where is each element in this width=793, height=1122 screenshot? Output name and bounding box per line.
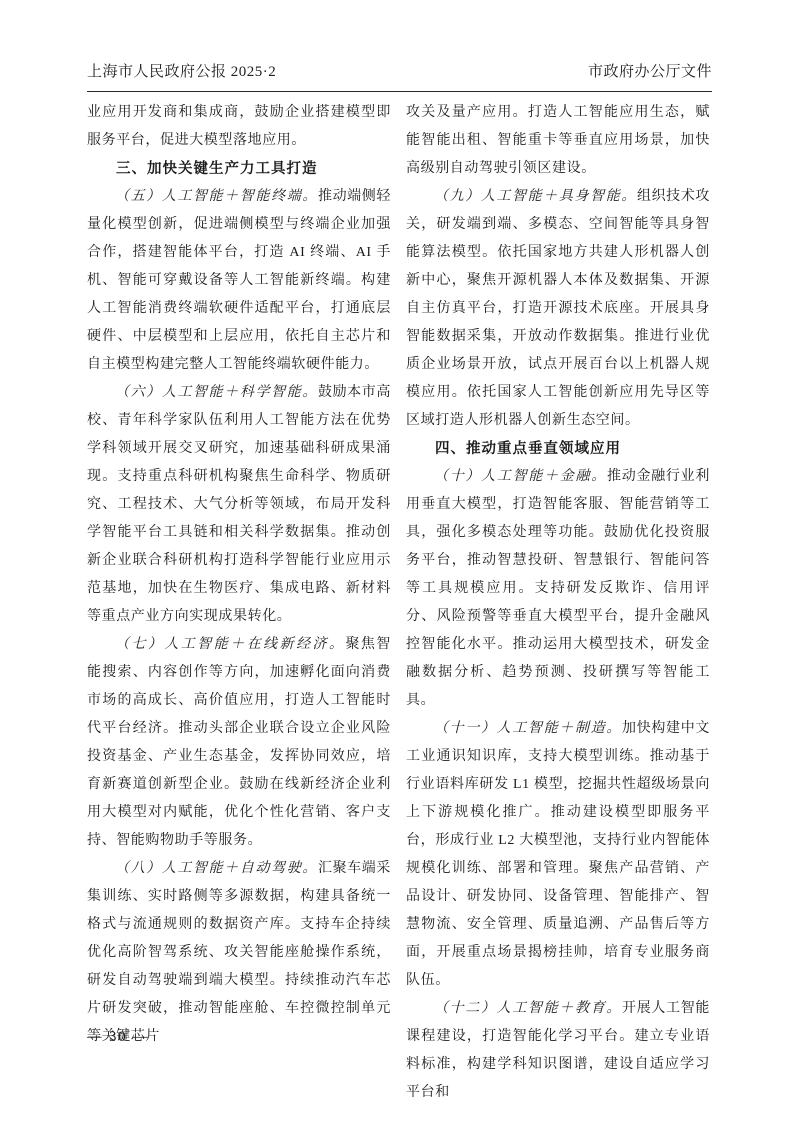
paragraph-lead: （十）人工智能＋金融。 bbox=[434, 469, 607, 484]
page-number: — 30 — bbox=[87, 1029, 150, 1045]
continuation-paragraph: 业应用开发商和集成商，鼓励企业搭建模型即服务平台，促进大模型落地应用。 bbox=[87, 99, 391, 155]
body-paragraph: （九）人工智能＋具身智能。组织技术攻关，研发端到端、多模态、空间智能等具身智能算… bbox=[406, 183, 710, 435]
paragraph-text: 汇聚车端采集训练、实时路侧等多源数据，构建具备统一格式与流通规则的数据资产库。支… bbox=[87, 861, 391, 1044]
body-paragraph: （十一）人工智能＋制造。加快构建中文工业通识知识库，支持大模型训练。推动基于行业… bbox=[406, 715, 710, 995]
body-paragraph: （五）人工智能＋智能终端。推动端侧轻量化模型创新，促进端侧模型与终端企业加强合作… bbox=[87, 183, 391, 379]
paragraph-lead: （七）人工智能＋在线新经济。 bbox=[115, 637, 345, 652]
paragraph-text: 组织技术攻关，研发端到端、多模态、空间智能等具身智能算法模型。依托国家地方共建人… bbox=[406, 189, 710, 428]
paragraph-lead: （十一）人工智能＋制造。 bbox=[434, 721, 622, 736]
header-gazette-title: 上海市人民政府公报 2025·2 bbox=[87, 60, 276, 81]
paragraph-text: 四、推动重点垂直领域应用 bbox=[435, 441, 621, 457]
paragraph-text: 鼓励本市高校、青年科学家队伍利用人工智能方法在优势学科领域开展交叉研究，加速基础… bbox=[87, 385, 391, 624]
paragraph-text: 三、加快关键生产力工具打造 bbox=[116, 161, 318, 177]
paragraph-text: 推动端侧轻量化模型创新，促进端侧模型与终端企业加强合作，搭建智能体平台，打造 A… bbox=[87, 189, 391, 372]
left-column: 业应用开发商和集成商，鼓励企业搭建模型即服务平台，促进大模型落地应用。三、加快关… bbox=[87, 99, 391, 1107]
paragraph-text: 攻关及量产应用。打造人工智能应用生态，赋能智能出租、智能重卡等垂直应用场景，加快… bbox=[406, 105, 710, 176]
section-heading: 三、加快关键生产力工具打造 bbox=[87, 155, 391, 183]
continuation-paragraph: 攻关及量产应用。打造人工智能应用生态，赋能智能出租、智能重卡等垂直应用场景，加快… bbox=[406, 99, 710, 183]
page-footer: — 30 — bbox=[87, 1029, 150, 1046]
body-paragraph: （十二）人工智能＋教育。开展人工智能课程建设，打造智能化学习平台。建立专业语料标… bbox=[406, 995, 710, 1107]
paragraph-lead: （六）人工智能＋科学智能。 bbox=[115, 385, 318, 400]
page-header: 上海市人民政府公报 2025·2 市政府办公厅文件 bbox=[87, 60, 712, 82]
body-paragraph: （十）人工智能＋金融。推动金融行业利用垂直大模型，打造智能客服、智能营销等工具，… bbox=[406, 463, 710, 715]
right-column: 攻关及量产应用。打造人工智能应用生态，赋能智能出租、智能重卡等垂直应用场景，加快… bbox=[406, 99, 710, 1107]
document-page: 上海市人民政府公报 2025·2 市政府办公厅文件 业应用开发商和集成商，鼓励企… bbox=[0, 0, 793, 1122]
content-columns: 业应用开发商和集成商，鼓励企业搭建模型即服务平台，促进大模型落地应用。三、加快关… bbox=[87, 99, 712, 1107]
section-heading: 四、推动重点垂直领域应用 bbox=[406, 435, 710, 463]
paragraph-text: 推动金融行业利用垂直大模型，打造智能客服、智能营销等工具，强化多模态处理等功能。… bbox=[406, 469, 710, 708]
body-paragraph: （六）人工智能＋科学智能。鼓励本市高校、青年科学家队伍利用人工智能方法在优势学科… bbox=[87, 379, 391, 631]
header-document-category: 市政府办公厅文件 bbox=[588, 60, 712, 81]
paragraph-lead: （九）人工智能＋具身智能。 bbox=[434, 189, 637, 204]
paragraph-text: 业应用开发商和集成商，鼓励企业搭建模型即服务平台，促进大模型落地应用。 bbox=[87, 105, 391, 148]
paragraph-text: 加快构建中文工业通识知识库，支持大模型训练。推动基于行业语料库研发 L1 模型，… bbox=[406, 721, 710, 988]
paragraph-lead: （五）人工智能＋智能终端。 bbox=[115, 189, 318, 204]
paragraph-text: 聚焦智能搜索、内容创作等方向，加速孵化面向消费市场的高成长、高价值应用，打造人工… bbox=[87, 637, 391, 848]
paragraph-lead: （十二）人工智能＋教育。 bbox=[434, 1001, 622, 1016]
body-paragraph: （八）人工智能＋自动驾驶。汇聚车端采集训练、实时路侧等多源数据，构建具备统一格式… bbox=[87, 855, 391, 1051]
body-paragraph: （七）人工智能＋在线新经济。聚焦智能搜索、内容创作等方向，加速孵化面向消费市场的… bbox=[87, 631, 391, 855]
paragraph-lead: （八）人工智能＋自动驾驶。 bbox=[115, 861, 318, 876]
header-rule bbox=[87, 91, 712, 92]
